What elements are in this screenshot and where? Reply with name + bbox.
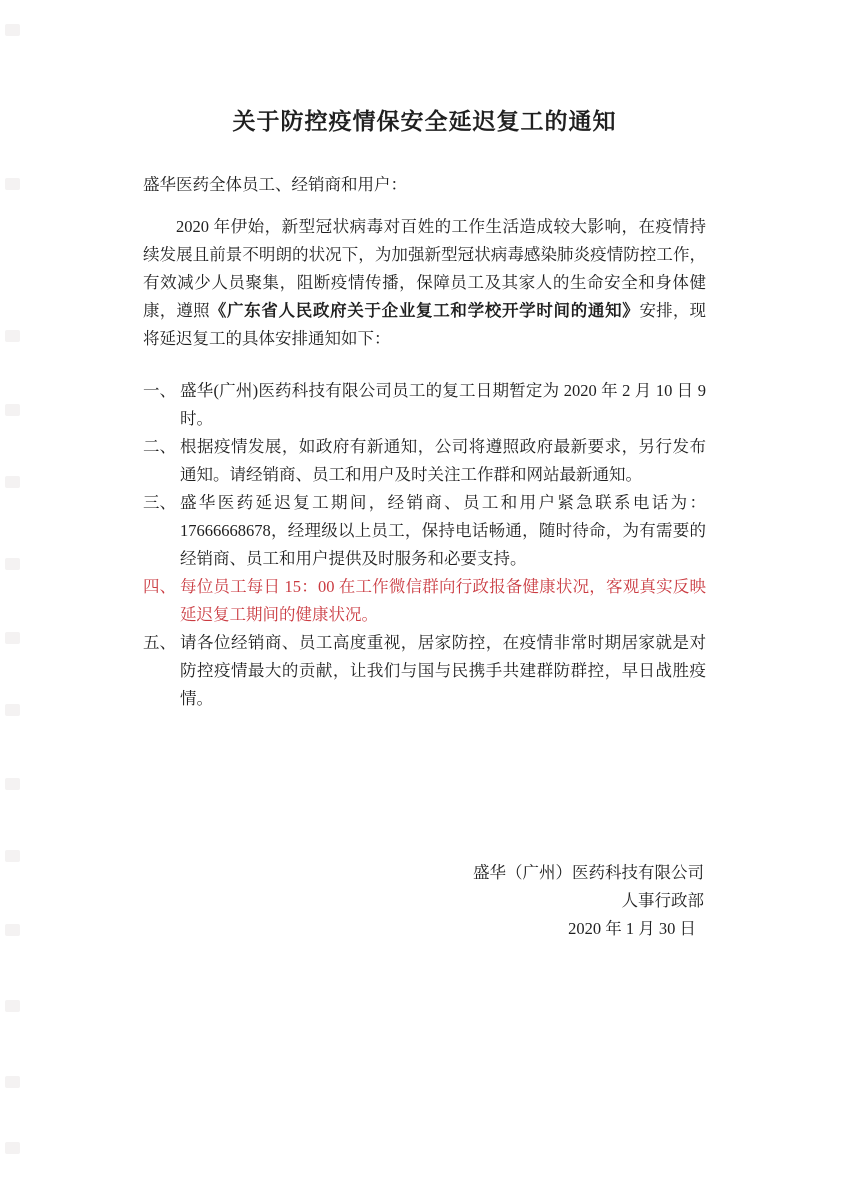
list-item-3: 三、 盛华医药延迟复工期间，经销商、员工和用户紧急联系电话为：176666686… [143,489,706,573]
scan-artifact [5,778,20,790]
list-item-1: 一、 盛华(广州)医药科技有限公司员工的复工日期暂定为 2020 年 2 月 1… [143,377,706,433]
signature-department: 人事行政部 [143,887,704,915]
scan-artifact [5,24,20,36]
scan-artifact [5,850,20,862]
list-item-3-text: 盛华医药延迟复工期间，经销商、员工和用户紧急联系电话为：17666668678，… [180,489,706,573]
scan-artifact [5,1000,20,1012]
scan-artifact [5,330,20,342]
list-item-1-text: 盛华(广州)医药科技有限公司员工的复工日期暂定为 2020 年 2 月 10 日… [180,377,706,433]
list-item-2-marker: 二、 [143,433,180,489]
list-item-2-text: 根据疫情发展，如政府有新通知，公司将遵照政府最新要求，另行发布通知。请经销商、员… [180,433,706,489]
salutation-line: 盛华医药全体员工、经销商和用户： [143,173,706,197]
document-content: 关于防控疫情保安全延迟复工的通知 盛华医药全体员工、经销商和用户： 2020 年… [143,0,706,943]
list-item-4-text: 每位员工每日 15：00 在工作微信群向行政报备健康状况，客观真实反映延迟复工期… [180,573,706,629]
signature-block: 盛华（广州）医药科技有限公司 人事行政部 2020 年 1 月 30 日 [143,859,706,943]
signature-company: 盛华（广州）医药科技有限公司 [143,859,704,887]
scan-artifact [5,178,20,190]
document-page: 关于防控疫情保安全延迟复工的通知 盛华医药全体员工、经销商和用户： 2020 年… [0,0,849,1200]
scan-artifact [5,558,20,570]
list-item-4-emphasized: 四、 每位员工每日 15：00 在工作微信群向行政报备健康状况，客观真实反映延迟… [143,573,706,629]
scan-artifact [5,476,20,488]
list-item-5: 五、 请各位经销商、员工高度重视，居家防控，在疫情非常时期居家就是对防控疫情最大… [143,629,706,713]
list-item-5-marker: 五、 [143,629,180,713]
list-item-5-text: 请各位经销商、员工高度重视，居家防控，在疫情非常时期居家就是对防控疫情最大的贡献… [180,629,706,713]
list-item-4-marker: 四、 [143,573,180,629]
list-item-1-marker: 一、 [143,377,180,433]
scan-artifact [5,1142,20,1154]
intro-paragraph: 2020 年伊始，新型冠状病毒对百姓的工作生活造成较大影响，在疫情持续发展且前景… [143,213,706,353]
notice-list: 一、 盛华(广州)医药科技有限公司员工的复工日期暂定为 2020 年 2 月 1… [143,377,706,713]
intro-bold-reference: 《广东省人民政府关于企业复工和学校开学时间的通知》 [210,301,640,320]
scan-artifact [5,404,20,416]
signature-date: 2020 年 1 月 30 日 [143,915,704,943]
scan-artifact [5,1076,20,1088]
list-item-3-marker: 三、 [143,489,180,573]
scan-artifact [5,924,20,936]
list-item-2: 二、 根据疫情发展，如政府有新通知，公司将遵照政府最新要求，另行发布通知。请经销… [143,433,706,489]
document-title: 关于防控疫情保安全延迟复工的通知 [143,106,706,136]
scan-artifact [5,632,20,644]
scan-artifact [5,704,20,716]
